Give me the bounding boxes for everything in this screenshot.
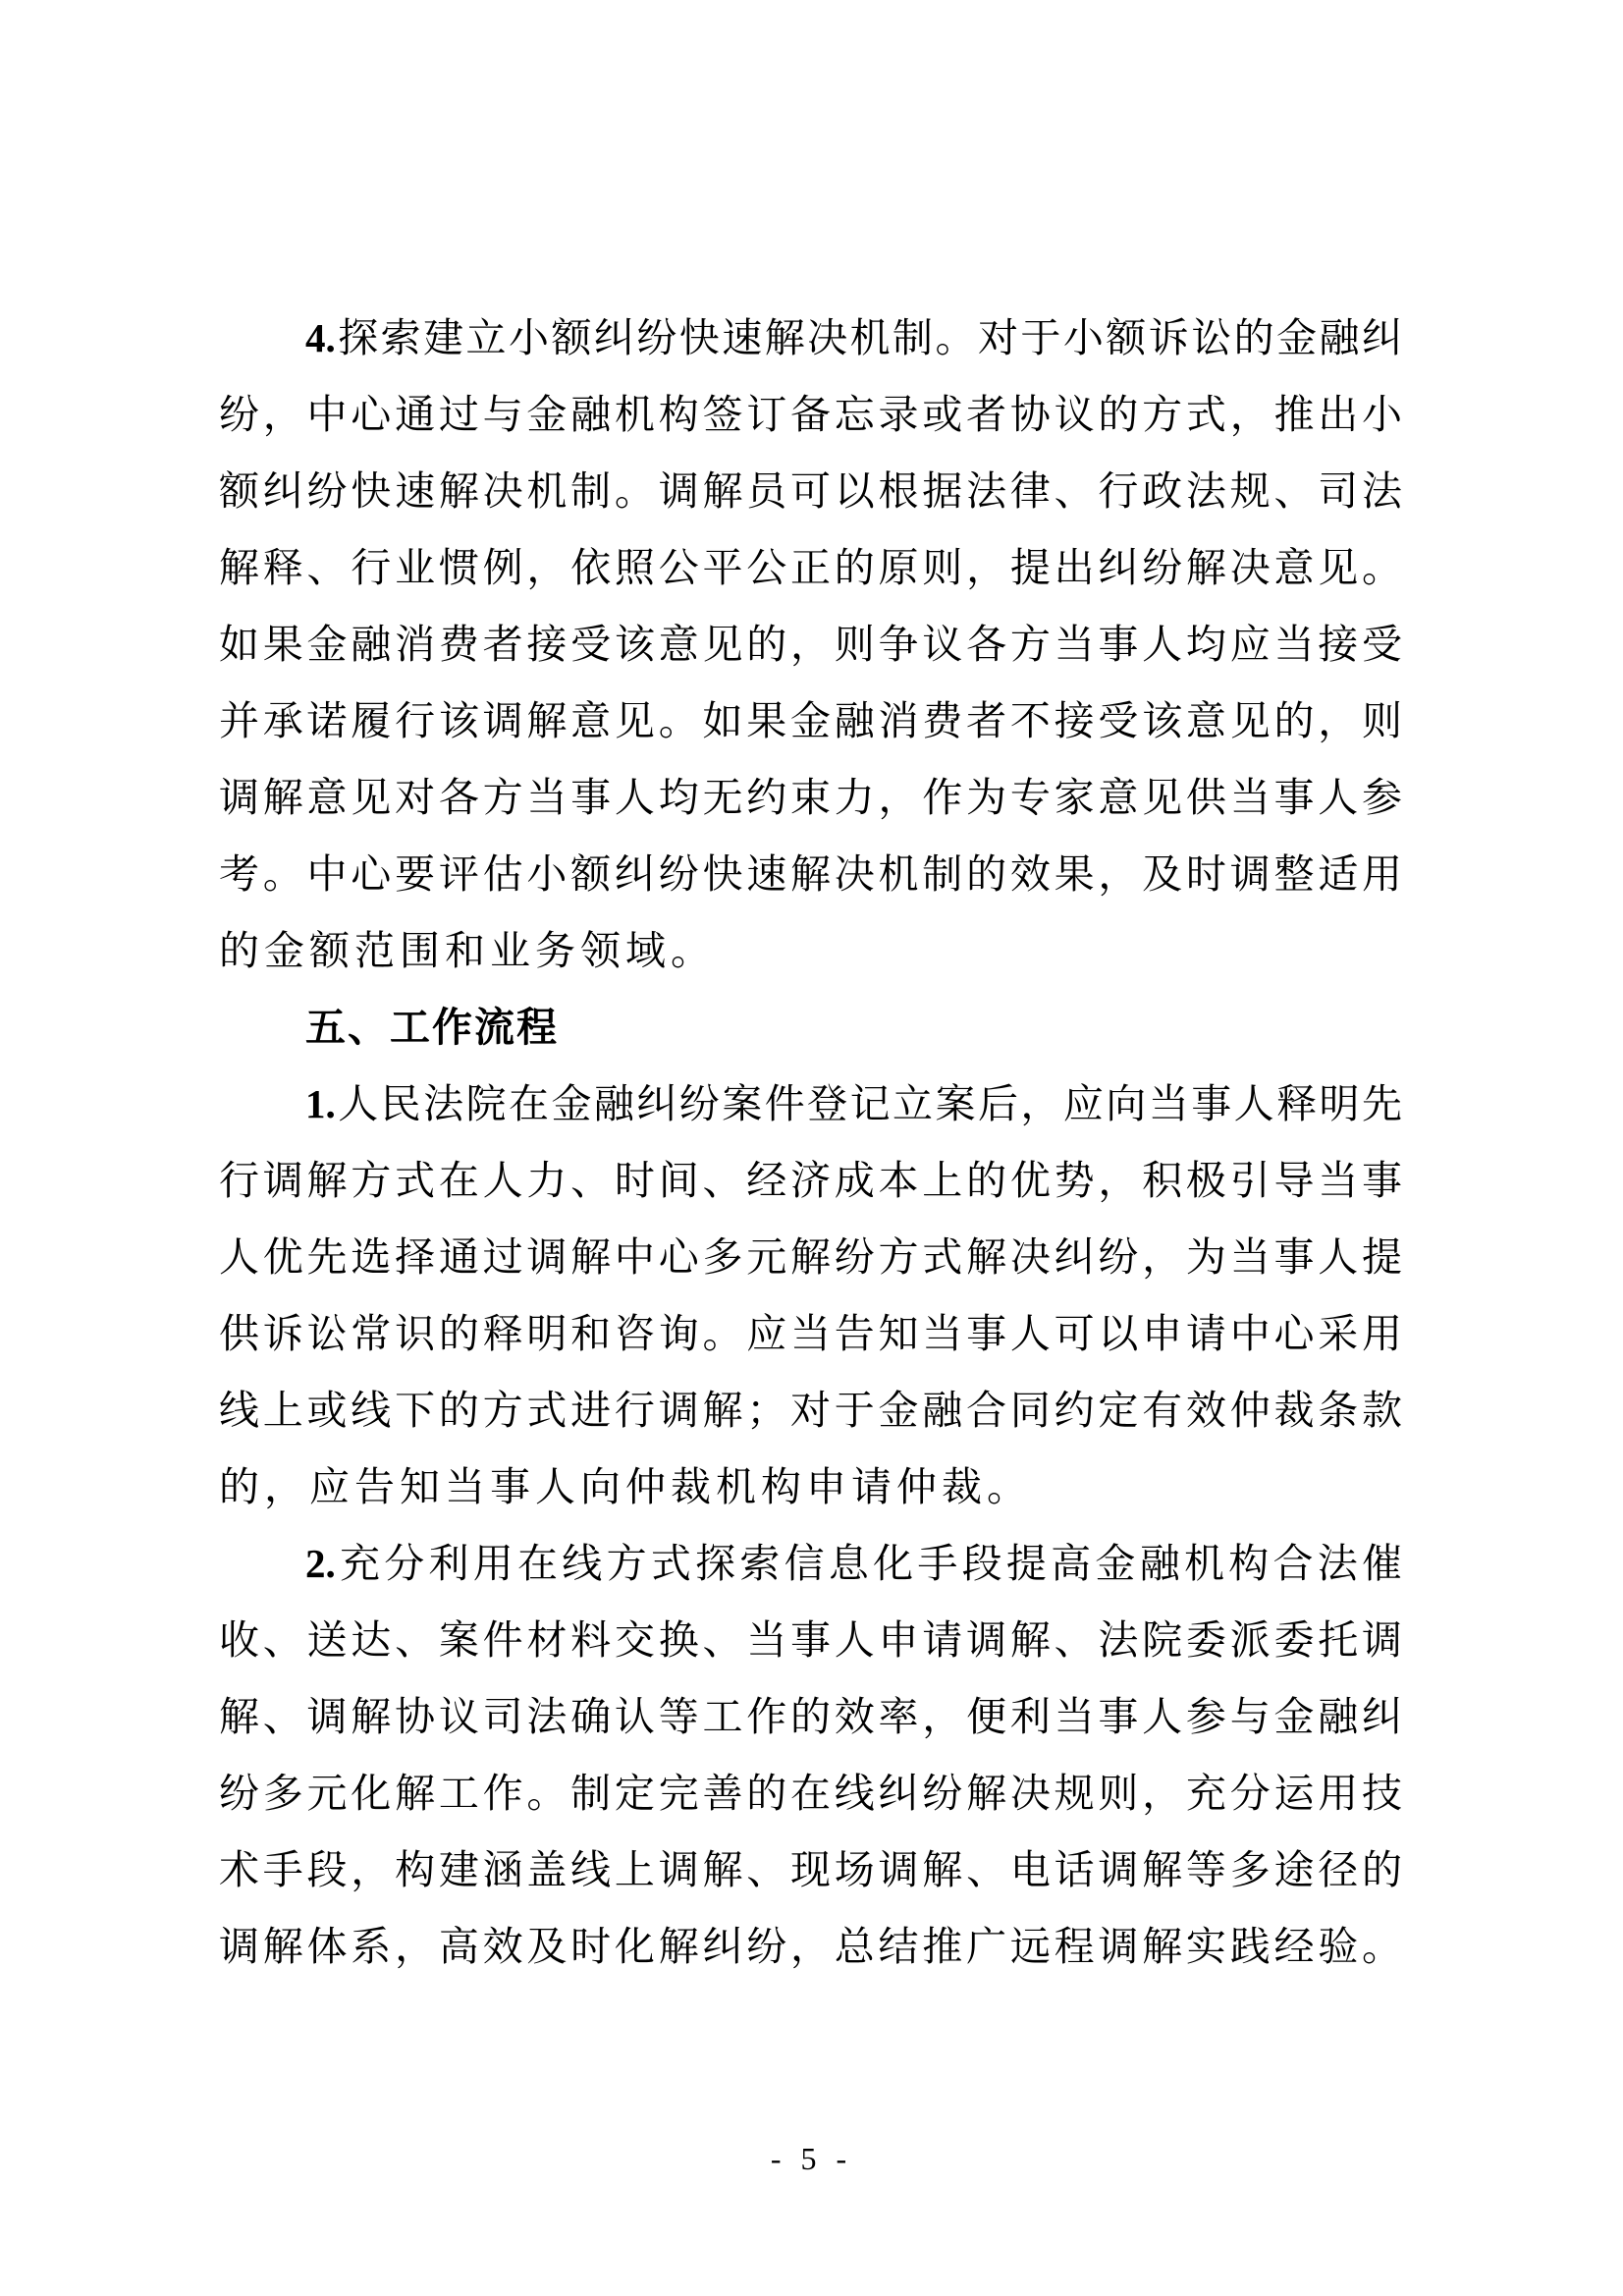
paragraph-line: 解、调解协议司法确认等工作的效率，便利当事人参与金融纠 bbox=[219, 1678, 1402, 1755]
item-number: 4. bbox=[305, 315, 336, 360]
paragraph-line: 供诉讼常识的释明和咨询。应当告知当事人可以申请中心采用 bbox=[219, 1295, 1402, 1372]
paragraph-line: 1.人民法院在金融纠纷案件登记立案后，应向当事人释明先 bbox=[305, 1066, 1402, 1142]
paragraph-line: 人优先选择通过调解中心多元解纷方式解决纠纷，为当事人提 bbox=[219, 1219, 1402, 1295]
paragraph-line: 线上或线下的方式进行调解；对于金融合同约定有效仲裁条款 bbox=[219, 1372, 1402, 1449]
paragraph-line: 2.充分利用在线方式探索信息化手段提高金融机构合法催 bbox=[305, 1525, 1402, 1602]
paragraph-line: 术手段，构建涵盖线上调解、现场调解、电话调解等多途径的 bbox=[219, 1831, 1402, 1908]
paragraph-line: 并承诺履行该调解意见。如果金融消费者不接受该意见的，则 bbox=[219, 683, 1402, 759]
paragraph-line: 纷多元化解工作。制定完善的在线纠纷解决规则，充分运用技 bbox=[219, 1755, 1402, 1831]
paragraph-line: 纷，中心通过与金融机构签订备忘录或者协议的方式，推出小 bbox=[219, 376, 1402, 453]
item-number: 2. bbox=[305, 1541, 336, 1586]
paragraph-line: 收、送达、案件材料交换、当事人申请调解、法院委派委托调 bbox=[219, 1602, 1402, 1678]
paragraph-line: 4.探索建立小额纠纷快速解决机制。对于小额诉讼的金融纠 bbox=[305, 300, 1402, 376]
paragraph-line: 的，应告知当事人向仲裁机构申请仲裁。 bbox=[219, 1449, 1402, 1525]
paragraph-line: 额纠纷快速解决机制。调解员可以根据法律、行政法规、司法 bbox=[219, 453, 1402, 529]
paragraph-line: 解释、行业惯例，依照公平公正的原则，提出纠纷解决意见。 bbox=[219, 529, 1402, 606]
paragraph-line: 行调解方式在人力、时间、经济成本上的优势，积极引导当事 bbox=[219, 1142, 1402, 1219]
page-number: - 5 - bbox=[0, 2141, 1623, 2177]
paragraph-line: 调解体系，高效及时化解纠纷，总结推广远程调解实践经验。 bbox=[219, 1908, 1402, 1985]
item-number: 1. bbox=[305, 1081, 336, 1126]
paragraph-line: 的金额范围和业务领域。 bbox=[219, 912, 1402, 989]
paragraph-line: 考。中心要评估小额纠纷快速解决机制的效果，及时调整适用 bbox=[219, 836, 1402, 912]
section-heading: 五、工作流程 bbox=[305, 989, 559, 1066]
document-page: 4.探索建立小额纠纷快速解决机制。对于小额诉讼的金融纠 纷，中心通过与金融机构签… bbox=[0, 0, 1623, 2296]
paragraph-line: 如果金融消费者接受该意见的，则争议各方当事人均应当接受 bbox=[219, 606, 1402, 683]
paragraph-line: 调解意见对各方当事人均无约束力，作为专家意见供当事人参 bbox=[219, 759, 1402, 836]
